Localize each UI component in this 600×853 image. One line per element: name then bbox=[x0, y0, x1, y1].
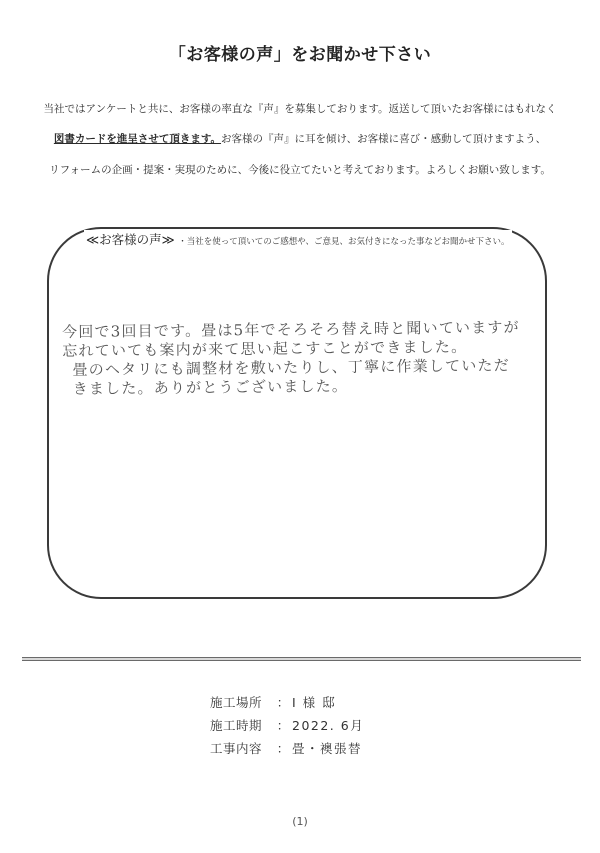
double-divider bbox=[22, 657, 581, 661]
detail-label: 施工場所 bbox=[210, 693, 274, 711]
detail-value: 2022. 6月 bbox=[292, 716, 364, 734]
page-title: 「お客様の声」をお聞かせ下さい bbox=[0, 40, 600, 65]
detail-label: 工事内容 bbox=[210, 739, 274, 757]
detail-row-location: 施工場所 ： I 様 邸 bbox=[210, 690, 364, 713]
intro-line-2-rest: お客様の『声』に耳を傾け、お客様に喜び・感動して頂けますよう、 bbox=[221, 133, 546, 145]
detail-row-period: 施工時期 ： 2022. 6月 bbox=[210, 713, 364, 736]
detail-row-work-content: 工事内容 ： 畳・襖張替 bbox=[210, 736, 364, 759]
detail-separator: ： bbox=[274, 693, 292, 711]
customer-voice-instructions: ・当社を使って頂いてのご感想や、ご意見、お気付きになった事などお聞かせ下さい。 bbox=[178, 237, 509, 247]
customer-voice-heading: ≪お客様の声≫ ・当社を使って頂いてのご感想や、ご意見、お気付きになった事などお… bbox=[84, 230, 512, 248]
customer-voice-title: ≪お客様の声≫ bbox=[86, 232, 175, 247]
construction-details: 施工場所 ： I 様 邸 施工時期 ： 2022. 6月 工事内容 ： 畳・襖張… bbox=[210, 690, 364, 759]
detail-value: I 様 邸 bbox=[292, 693, 336, 711]
customer-voice-box bbox=[47, 227, 547, 599]
intro-gift-card-note: 図書カードを進呈させて頂きます。 bbox=[54, 133, 221, 145]
detail-label: 施工時期 bbox=[210, 716, 274, 734]
detail-separator: ： bbox=[274, 716, 292, 734]
detail-value: 畳・襖張替 bbox=[292, 739, 362, 757]
intro-line-2: 図書カードを進呈させて頂きます。お客様の『声』に耳を傾け、お客様に喜び・感動して… bbox=[0, 131, 600, 146]
handwritten-comment: 今回で3回目です。畳は5年でそろそろ替え時と聞いていますが 忘れていても案内が来… bbox=[62, 318, 553, 399]
intro-line-3: リフォームの企画・提案・実現のために、今後に役立てたいと考えております。よろしく… bbox=[0, 162, 600, 177]
intro-line-1: 当社ではアンケートと共に、お客様の率直な『声』を募集しております。返送して頂いた… bbox=[0, 101, 600, 116]
page-number: (1) bbox=[0, 815, 600, 828]
detail-separator: ： bbox=[274, 739, 292, 757]
